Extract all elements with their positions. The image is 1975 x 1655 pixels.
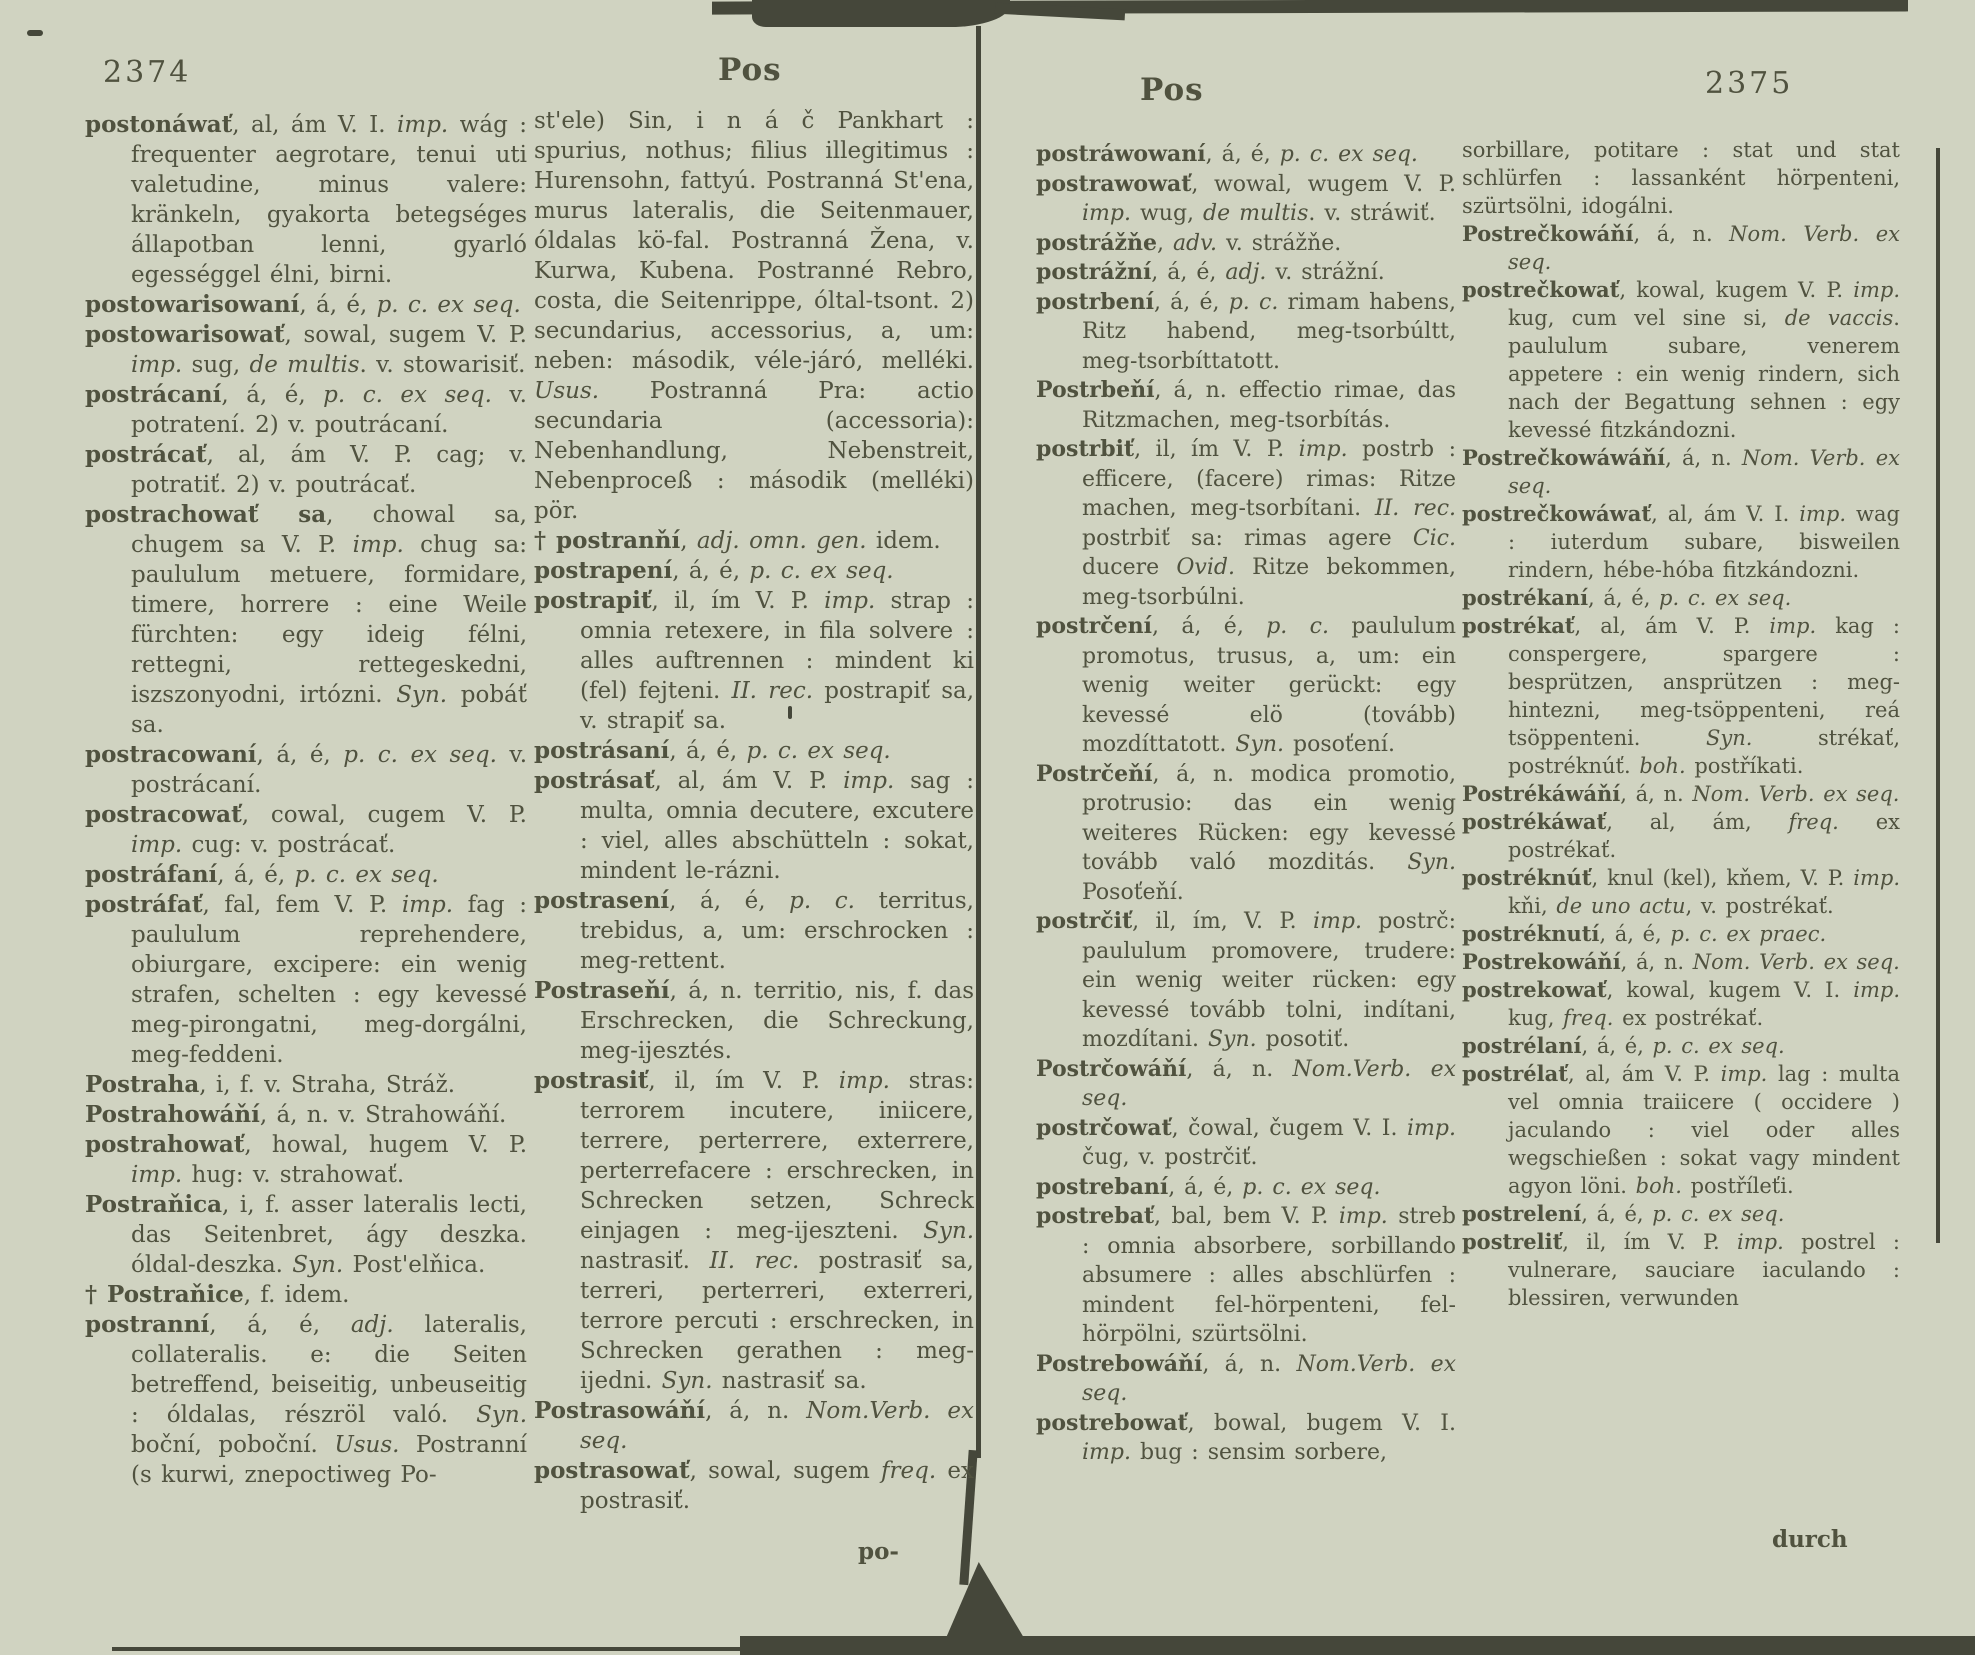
entry-headword: postrékáwať bbox=[1462, 809, 1606, 834]
dictionary-entry: postrčiť, il, ím, V. P. imp. postrč: pau… bbox=[1036, 907, 1456, 1055]
dictionary-entry: postrékáwať, al, ám, freq. ex postrékať. bbox=[1462, 808, 1900, 864]
dictionary-entry: † postranňí, adj. omn. gen. idem. bbox=[534, 526, 974, 556]
dictionary-entry: postrážňe, adv. v. strážňe. bbox=[1036, 229, 1456, 259]
dictionary-entry: postrélaní, á, é, p. c. ex seq. bbox=[1462, 1032, 1900, 1060]
dictionary-entry: postreliť, il, ím V. P. imp. postrel : v… bbox=[1462, 1228, 1900, 1312]
text-column-left-2: st'ele) Sin, i n á č Pankhart : spurius,… bbox=[534, 106, 974, 1516]
dictionary-entry: postrasowať, sowal, sugem freq. ex postr… bbox=[534, 1456, 974, 1516]
dictionary-entry: postrčení, á, é, p. c. paululum promotus… bbox=[1036, 612, 1456, 760]
catchword-right: durch bbox=[1772, 1526, 1848, 1553]
dictionary-entry: postrasení, á, é, p. c. territus, trebid… bbox=[534, 886, 974, 976]
dictionary-entry: postrélať, al, ám V. P. imp. lag : multa… bbox=[1462, 1060, 1900, 1200]
entry-headword: postowarisowať bbox=[85, 321, 285, 348]
entry-headword: postrasení bbox=[534, 887, 669, 914]
dictionary-entry: postonáwať, al, ám V. I. imp. wág : freq… bbox=[85, 110, 527, 290]
entry-headword: postrácať bbox=[85, 441, 207, 468]
entry-headword: postrékaní bbox=[1462, 585, 1588, 610]
dictionary-entry: postráfať, fal, fem V. P. imp. fag : pau… bbox=[85, 890, 527, 1070]
entry-headword: postrácaní bbox=[85, 381, 221, 408]
dictionary-entry: postrelení, á, é, p. c. ex seq. bbox=[1462, 1200, 1900, 1228]
entry-headword: postrásať bbox=[534, 767, 655, 794]
entry-headword: postrážní bbox=[1036, 259, 1151, 285]
entry-headword: Postrčowáňí bbox=[1036, 1056, 1186, 1082]
dictionary-entry: postrásaní, á, é, p. c. ex seq. bbox=[534, 736, 974, 766]
entry-headword: Postrékáwáňí bbox=[1462, 781, 1620, 806]
text-column-left-1: postonáwať, al, ám V. I. imp. wág : freq… bbox=[85, 110, 527, 1490]
entry-headword: Postraseňí bbox=[534, 977, 670, 1004]
page-bottom-edge-shadow bbox=[740, 1636, 1975, 1655]
dictionary-entry: postráfaní, á, é, p. c. ex seq. bbox=[85, 860, 527, 890]
page-number-left: 2374 bbox=[103, 55, 191, 90]
dictionary-entry: Postrekowáňí, á, n. Nom. Verb. ex seq. bbox=[1462, 948, 1900, 976]
entry-headword: postrasiť bbox=[534, 1067, 648, 1094]
entry-headword: postracowať bbox=[85, 801, 242, 828]
dictionary-entry: postrčowať, čowal, čugem V. I. imp. čug,… bbox=[1036, 1114, 1456, 1173]
entry-headword: Postrekowáňí bbox=[1462, 949, 1621, 974]
entry-headword: postréknúť bbox=[1462, 865, 1591, 890]
binding-bottom-shadow bbox=[946, 1562, 1024, 1638]
dictionary-entry: postrážní, á, é, adj. v. strážní. bbox=[1036, 258, 1456, 288]
running-head-right: Pos bbox=[1140, 72, 1204, 108]
dictionary-entry: postrebowať, bowal, bugem V. I. imp. bug… bbox=[1036, 1409, 1456, 1468]
text-column-right-1: postráwowaní, á, é, p. c. ex seq.postraw… bbox=[1036, 140, 1456, 1468]
entry-headword: † postranňí bbox=[534, 527, 680, 554]
ink-speck bbox=[27, 30, 43, 36]
entry-headword: Postrčeňí bbox=[1036, 761, 1153, 787]
entry-headword: postrebaní bbox=[1036, 1174, 1168, 1200]
dictionary-entry: Postrékáwáňí, á, n. Nom. Verb. ex seq. bbox=[1462, 780, 1900, 808]
dictionary-entry: postrečkowáwať, al, ám V. I. imp. wag : … bbox=[1462, 500, 1900, 584]
dictionary-entry: Postrbeňí, á, n. effectio rimae, das Rit… bbox=[1036, 376, 1456, 435]
entry-headword: postrečkowať bbox=[1462, 277, 1619, 302]
dictionary-entry: Postraňica, i, f. asser lateralis lecti,… bbox=[85, 1190, 527, 1280]
dictionary-entry: postrasiť, il, ím V. P. imp. stras: terr… bbox=[534, 1066, 974, 1396]
entry-headword: postráwowaní bbox=[1036, 141, 1206, 167]
entry-headword: postrčiť bbox=[1036, 908, 1132, 934]
entry-headword: postrékať bbox=[1462, 613, 1575, 638]
entry-headword: postowarisowaní bbox=[85, 291, 299, 318]
entry-headword: postrčení bbox=[1036, 613, 1152, 639]
dictionary-entry: † Postraňice, f. idem. bbox=[85, 1280, 527, 1310]
dictionary-entry: postrékaní, á, é, p. c. ex seq. bbox=[1462, 584, 1900, 612]
text-column-right-2: sorbillare, potitare : stat und stat sch… bbox=[1462, 136, 1900, 1312]
entry-headword: postrbení bbox=[1036, 289, 1154, 315]
dictionary-entry: postrapiť, il, ím V. P. imp. strap : omn… bbox=[534, 586, 974, 736]
entry-headword: postrásaní bbox=[534, 737, 669, 764]
entry-headword: postrelení bbox=[1462, 1201, 1581, 1226]
dictionary-entry: postréknutí, á, é, p. c. ex praec. bbox=[1462, 920, 1900, 948]
dictionary-entry: postracowať, cowal, cugem V. P. imp. cug… bbox=[85, 800, 527, 860]
binding-top-shadow bbox=[752, 0, 1010, 27]
running-head-left: Pos bbox=[718, 52, 782, 88]
dictionary-entry: postrácaní, á, é, p. c. ex seq. v. potra… bbox=[85, 380, 527, 440]
entry-headword: postréknutí bbox=[1462, 921, 1599, 946]
entry-headword: postrebať bbox=[1036, 1203, 1154, 1229]
dictionary-entry: Postrahowáňí, á, n. v. Strahowáňí. bbox=[85, 1100, 527, 1130]
entry-headword: postrážňe bbox=[1036, 230, 1157, 256]
dictionary-entry: postréknúť, knul (kel), kňem, V. P. imp.… bbox=[1462, 864, 1900, 920]
catchword-left: po- bbox=[858, 1538, 899, 1565]
dictionary-entry: postrebaní, á, é, p. c. ex seq. bbox=[1036, 1173, 1456, 1203]
entry-headword: † Postraňice bbox=[85, 1281, 244, 1308]
dictionary-entry: Postrasowáňí, á, n. Nom.Verb. ex seq. bbox=[534, 1396, 974, 1456]
entry-headword: postrapení bbox=[534, 557, 672, 584]
entry-headword: postrawowať bbox=[1036, 171, 1191, 197]
entry-headword: Postrasowáňí bbox=[534, 1397, 705, 1424]
entry-headword: Postrečkowáwáňí bbox=[1462, 445, 1665, 470]
dictionary-entry: postrékať, al, ám V. P. imp. kag : consp… bbox=[1462, 612, 1900, 780]
entry-headword: postonáwať bbox=[85, 111, 232, 138]
entry-headword: Postrahowáňí bbox=[85, 1101, 260, 1128]
entry-headword: Postrbeňí bbox=[1036, 377, 1155, 403]
entry-headword: postrachowať sa bbox=[85, 501, 326, 528]
dictionary-entry: Postrebowáňí, á, n. Nom.Verb. ex seq. bbox=[1036, 1350, 1456, 1409]
entry-headword: postrahowať bbox=[85, 1131, 244, 1158]
entry-headword: Postraňica bbox=[85, 1191, 222, 1218]
dictionary-entry: postrekowať, kowal, kugem V. I. imp. kug… bbox=[1462, 976, 1900, 1032]
entry-headword: Postraha bbox=[85, 1071, 199, 1098]
book-scan: 2374 Pos postonáwať, al, ám V. I. imp. w… bbox=[0, 0, 1975, 1655]
entry-headword: postráfať bbox=[85, 891, 202, 918]
dictionary-entry: postrapení, á, é, p. c. ex seq. bbox=[534, 556, 974, 586]
entry-headword: Postrečkowáňí bbox=[1462, 221, 1633, 246]
dictionary-entry: postrácať, al, ám V. P. cag; v. potratiť… bbox=[85, 440, 527, 500]
dictionary-entry: st'ele) Sin, i n á č Pankhart : spurius,… bbox=[534, 106, 974, 526]
dictionary-entry: postrbení, á, é, p. c. rimam habens, Rit… bbox=[1036, 288, 1456, 377]
dictionary-entry: postrebať, bal, bem V. P. imp. streb : o… bbox=[1036, 1202, 1456, 1350]
dictionary-entry: Postrečkowáwáňí, á, n. Nom. Verb. ex seq… bbox=[1462, 444, 1900, 500]
entry-headword: postráfaní bbox=[85, 861, 217, 888]
entry-headword: postrekowať bbox=[1462, 977, 1607, 1002]
dictionary-entry: postracowaní, á, é, p. c. ex seq. v. pos… bbox=[85, 740, 527, 800]
dictionary-entry: postowarisowaní, á, é, p. c. ex seq. bbox=[85, 290, 527, 320]
page-bottom-rule-shadow bbox=[112, 1647, 740, 1651]
dictionary-entry: postranní, á, é, adj. lateralis, collate… bbox=[85, 1310, 527, 1490]
dictionary-entry: postráwowaní, á, é, p. c. ex seq. bbox=[1036, 140, 1456, 170]
entry-headword: postracowaní bbox=[85, 741, 257, 768]
page-right-edge-shadow bbox=[1936, 148, 1940, 1243]
page-number-right: 2375 bbox=[1705, 66, 1793, 101]
dictionary-entry: postrbiť, il, ím V. P. imp. postrb : eff… bbox=[1036, 435, 1456, 612]
dictionary-entry: Postrčeňí, á, n. modica promotio, protru… bbox=[1036, 760, 1456, 908]
dictionary-entry: Postraseňí, á, n. territio, nis, f. das … bbox=[534, 976, 974, 1066]
dictionary-entry: postrawowať, wowal, wugem V. P. imp. wug… bbox=[1036, 170, 1456, 229]
entry-headword: postrélať bbox=[1462, 1061, 1568, 1086]
dictionary-entry: Postraha, i, f. v. Straha, Stráž. bbox=[85, 1070, 527, 1100]
dictionary-entry: sorbillare, potitare : stat und stat sch… bbox=[1462, 136, 1900, 220]
dictionary-entry: Postrčowáňí, á, n. Nom.Verb. ex seq. bbox=[1036, 1055, 1456, 1114]
entry-headword: postrélaní bbox=[1462, 1033, 1581, 1058]
dictionary-entry: postrachowať sa, chowal sa, chugem sa V.… bbox=[85, 500, 527, 740]
dictionary-entry: Postrečkowáňí, á, n. Nom. Verb. ex seq. bbox=[1462, 220, 1900, 276]
gutter-shadow bbox=[976, 26, 981, 1458]
entry-headword: postrbiť bbox=[1036, 436, 1134, 462]
entry-headword: postrasowať bbox=[534, 1457, 690, 1484]
entry-headword: postranní bbox=[85, 1311, 209, 1338]
dictionary-entry: postowarisowať, sowal, sugem V. P. imp. … bbox=[85, 320, 527, 380]
dictionary-entry: postrečkowať, kowal, kugem V. P. imp. ku… bbox=[1462, 276, 1900, 444]
entry-headword: postrčowať bbox=[1036, 1115, 1172, 1141]
entry-headword: postrebowať bbox=[1036, 1410, 1188, 1436]
entry-headword: postrapiť bbox=[534, 587, 651, 614]
dictionary-entry: postrásať, al, ám V. P. imp. sag : multa… bbox=[534, 766, 974, 886]
entry-headword: Postrebowáňí bbox=[1036, 1351, 1202, 1377]
entry-headword: postrečkowáwať bbox=[1462, 501, 1651, 526]
dictionary-entry: postrahowať, howal, hugem V. P. imp. hug… bbox=[85, 1130, 527, 1190]
entry-headword: postreliť bbox=[1462, 1229, 1562, 1254]
